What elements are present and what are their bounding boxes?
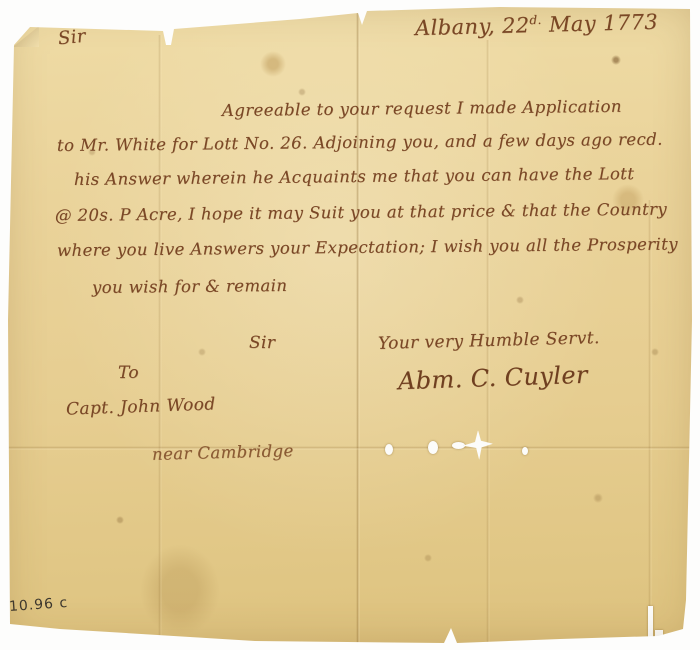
- body-line: where you live Answers your Expectation;…: [57, 234, 678, 260]
- fold-crease-horizontal: [8, 446, 692, 450]
- address-to: To: [118, 363, 139, 383]
- body-line: his Answer wherein he Acquaints me that …: [74, 164, 635, 189]
- paper-hole: [463, 430, 493, 460]
- paper-hole: [452, 442, 465, 449]
- paper-hole: [428, 441, 438, 454]
- address-place: near Cambridge: [152, 441, 294, 464]
- dateline-rest: May 1773: [542, 10, 659, 37]
- paper-tear: [648, 606, 653, 638]
- paper-hole: [522, 447, 528, 455]
- letter-salutation: Sir: [57, 26, 87, 50]
- signature: Abm. C. Cuyler: [398, 361, 589, 396]
- body-line: Agreeable to your request I made Applica…: [222, 97, 622, 120]
- letter-dateline: Albany, 22d. May 1773: [415, 10, 659, 40]
- closing-sir: Sir: [249, 333, 275, 353]
- scan-background: Albany, 22d. May 1773 Sir Agreeable to y…: [0, 0, 700, 650]
- paper-sheet: Albany, 22d. May 1773 Sir Agreeable to y…: [0, 0, 700, 650]
- address-name: Capt. John Wood: [66, 394, 216, 419]
- fold-crease-vertical-1: [158, 35, 162, 635]
- dateline-superscript: d.: [529, 13, 542, 27]
- catalog-number: 10.96 c: [9, 595, 69, 615]
- paper-hole: [385, 444, 393, 455]
- body-line: to Mr. White for Lott No. 26. Adjoining …: [57, 130, 663, 155]
- dog-ear-fold: [13, 26, 39, 47]
- closing-compliment: Your very Humble Servt.: [378, 328, 600, 354]
- body-line: you wish for & remain: [92, 276, 288, 297]
- fold-crease-vertical-4: [648, 200, 652, 640]
- dateline-place-day: Albany, 22: [415, 13, 530, 40]
- body-line: @ 20s. P Acre, I hope it may Suit you at…: [55, 200, 667, 225]
- paper-tear: [655, 630, 663, 640]
